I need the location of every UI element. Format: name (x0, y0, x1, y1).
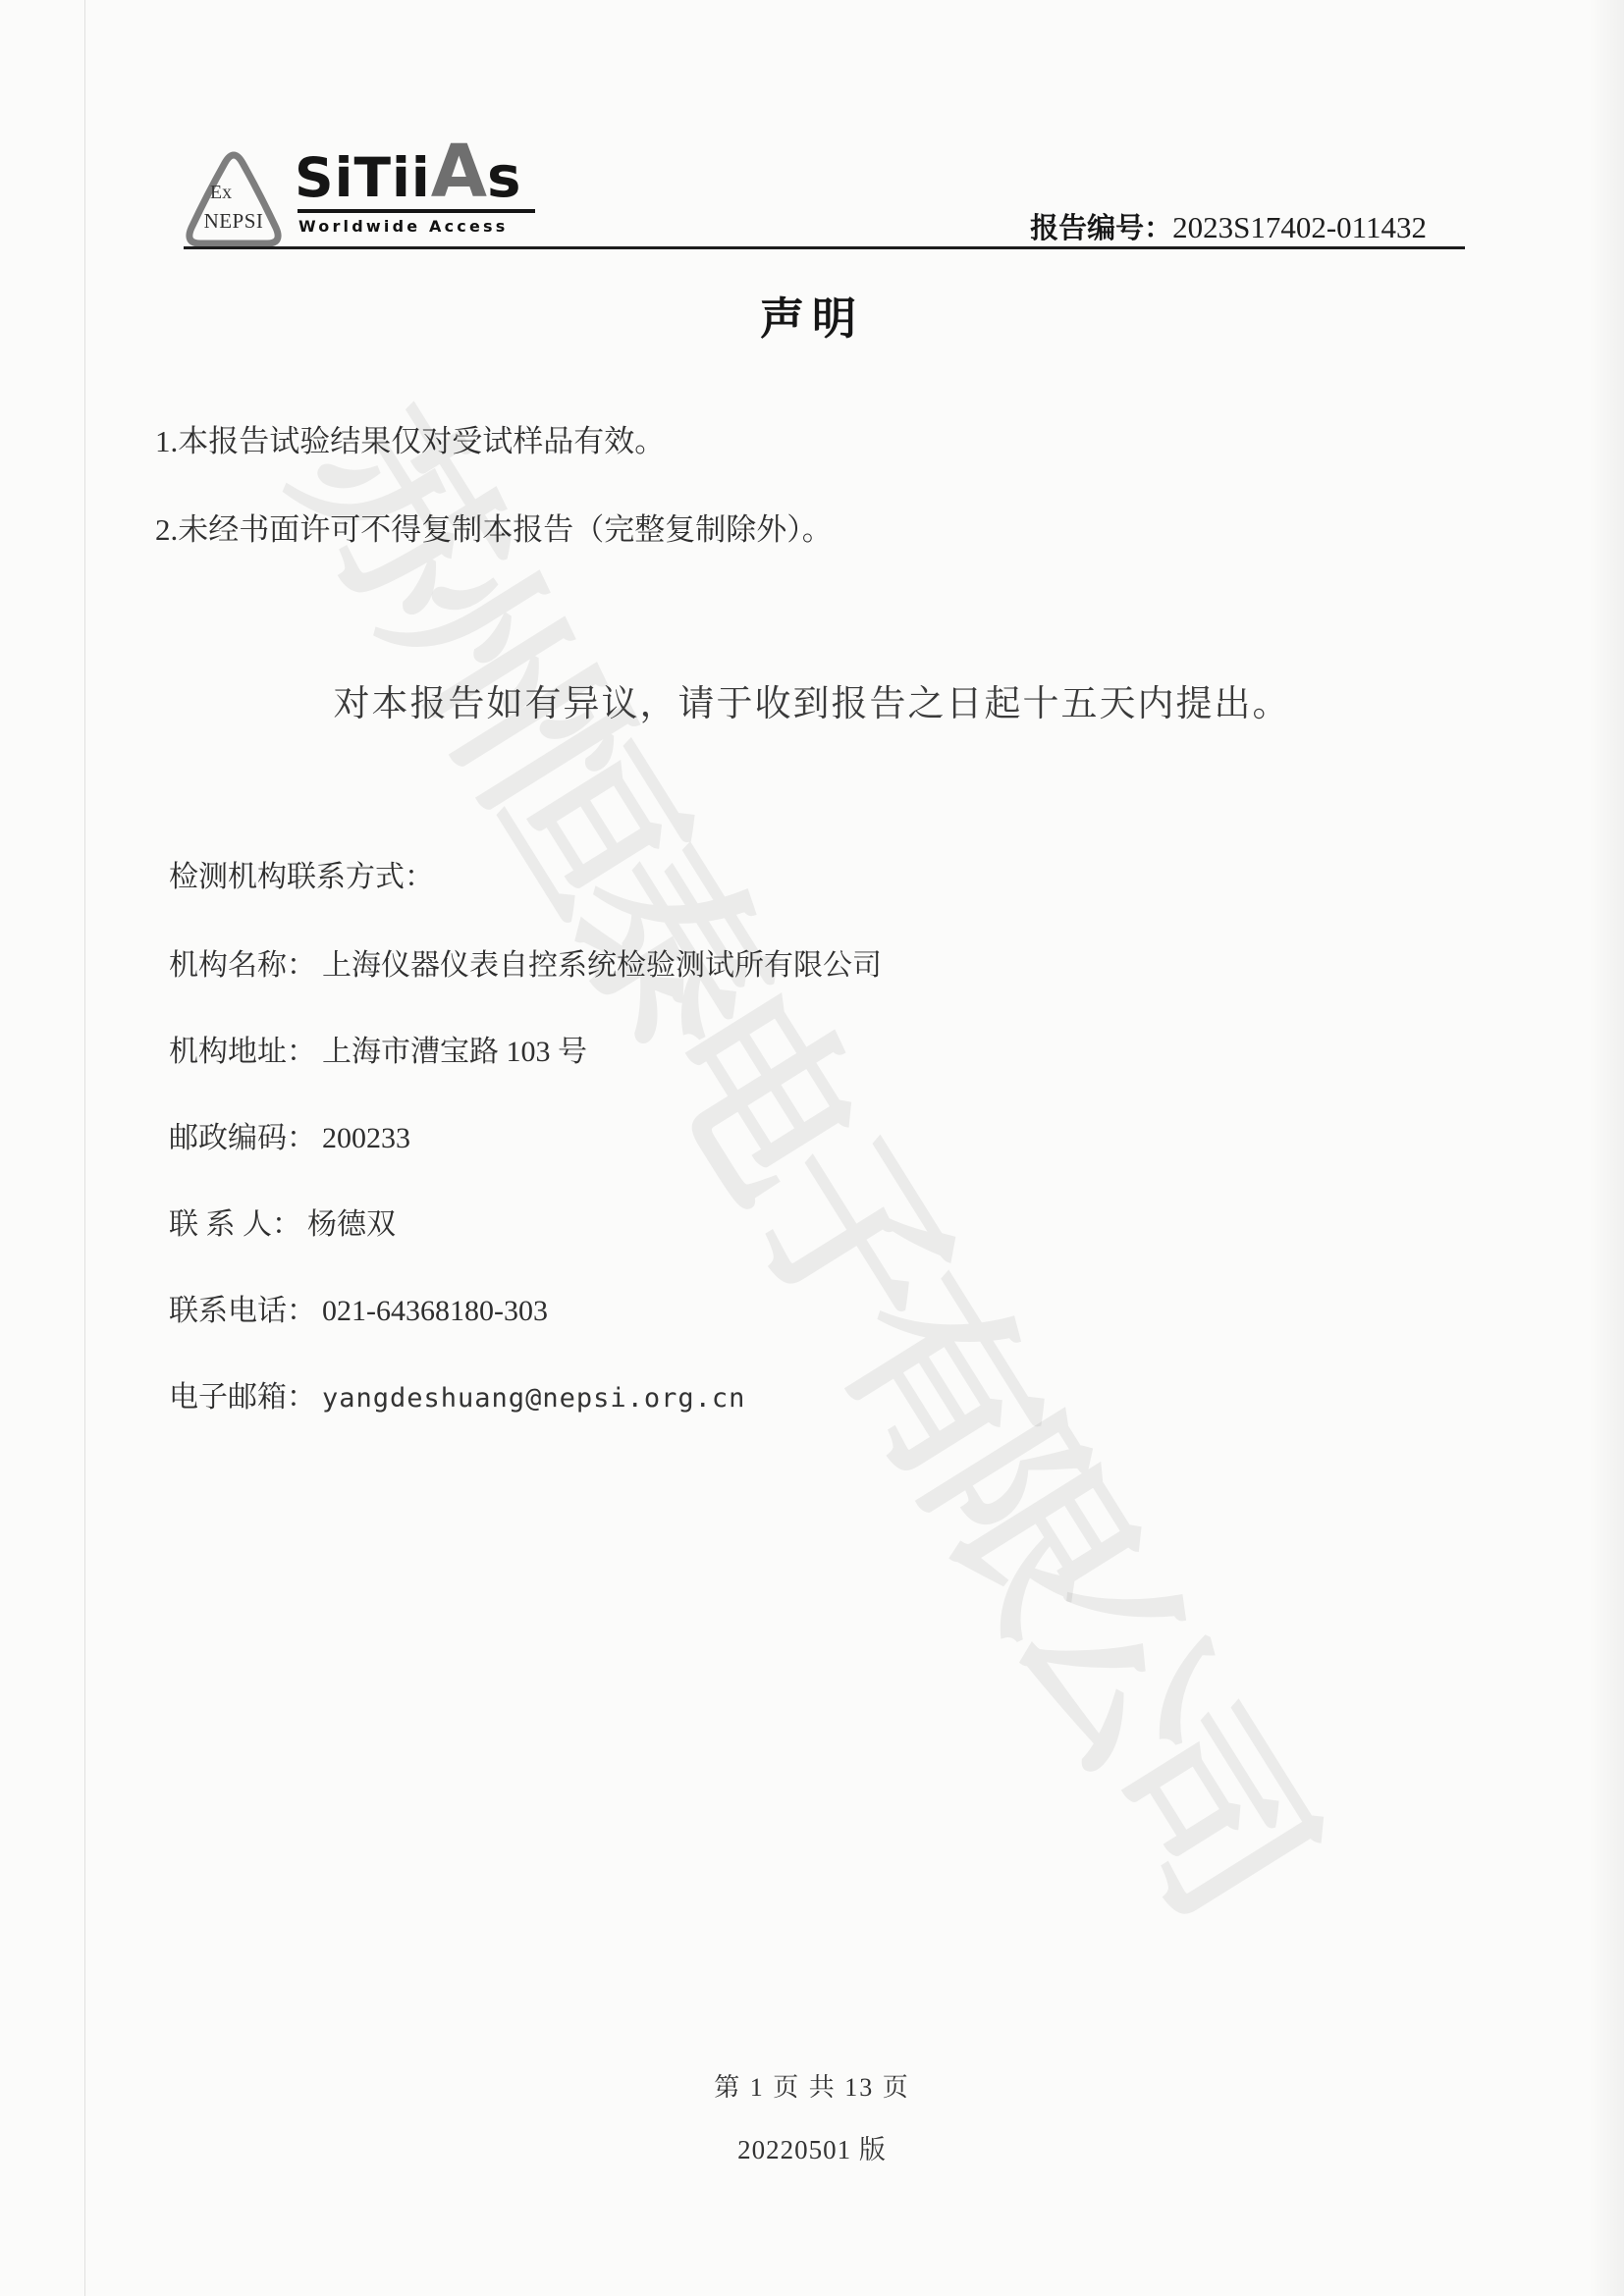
badge-ex-text: Ex (210, 182, 232, 203)
badge-nepsi-text: NEPSI (204, 209, 264, 233)
contact-label: 联 系 人： (169, 1208, 301, 1241)
brand-triangle-a: A (431, 130, 487, 214)
statement-item-2: 2.未经书面许可不得复制本报告（完整复制除外）。 (155, 505, 833, 549)
nepsi-ex-badge-logo: Ex NEPSI (178, 143, 290, 255)
contact-row-postal-code: 邮政编码：200233 (169, 1113, 410, 1156)
sitiias-logo: SiTiiAs Worldwide Access (295, 141, 550, 236)
footer-page-indicator: 第 1 页 共 13 页 (0, 2067, 1624, 2104)
contact-value-email: yangdeshuang@nepsi.org.cn (322, 1383, 745, 1414)
contact-label: 机构地址： (169, 1036, 316, 1068)
contact-row-org-name: 机构名称：上海仪器仪表自控系统检验测试所有限公司 (169, 940, 882, 984)
contact-row-email: 电子邮箱：yangdeshuang@nepsi.org.cn (169, 1372, 745, 1415)
contact-row-contact-person: 联 系 人：杨德双 (169, 1200, 396, 1243)
contact-label: 邮政编码： (169, 1122, 316, 1154)
contact-label: 机构名称： (169, 949, 316, 982)
report-declaration-page: 苏州恒泰电子有限公司 Ex NEPSI SiTiiAs Worldwide Ac… (0, 0, 1624, 2296)
page-title: 声明 (0, 283, 1624, 347)
page-content: Ex NEPSI SiTiiAs Worldwide Access 报告编号：2… (0, 0, 1624, 2296)
report-number-label: 报告编号： (1030, 213, 1172, 244)
objection-notice: 对本报告如有异议，请于收到报告之日起十五天内提出。 (0, 673, 1624, 726)
contact-value: 杨德双 (307, 1208, 396, 1241)
header-divider (184, 246, 1465, 249)
contact-row-org-address: 机构地址：上海市漕宝路 103 号 (169, 1027, 587, 1070)
report-number: 报告编号：2023S17402-011432 (1030, 206, 1427, 246)
sitiias-wordmark: SiTiiAs (295, 141, 550, 208)
footer-version: 20220501 版 (0, 2128, 1624, 2166)
brand-text-left: SiTii (295, 146, 431, 209)
contact-label: 电子邮箱： (169, 1381, 316, 1414)
contact-value: 021-64368180-303 (322, 1295, 548, 1327)
statement-item-1: 1.本报告试验结果仅对受试样品有效。 (155, 416, 665, 460)
contact-label: 联系电话： (169, 1295, 316, 1327)
contact-value: 上海仪器仪表自控系统检验测试所有限公司 (322, 949, 882, 982)
brand-tagline: Worldwide Access (298, 217, 550, 236)
contact-value: 200233 (322, 1122, 410, 1154)
contact-heading: 检测机构联系方式： (169, 852, 434, 895)
contact-row-phone: 联系电话：021-64368180-303 (169, 1286, 548, 1329)
brand-text-right: s (487, 143, 522, 210)
contact-value: 上海市漕宝路 103 号 (322, 1036, 587, 1068)
report-number-value: 2023S17402-011432 (1172, 210, 1427, 244)
